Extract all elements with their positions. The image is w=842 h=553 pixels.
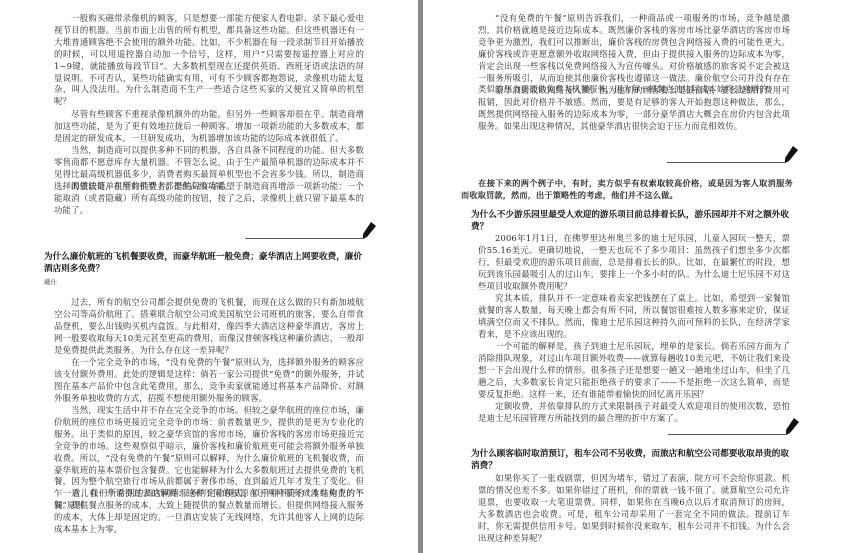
paragraph: 尽管有些顾客不重视录像机额外的功能，但另外一些顾客却很在乎。制造商增加这些功能，…	[54, 109, 364, 145]
paragraph-text: 豪华酒店收取网络接入费，因为他们的顾客要么是很富裕，要么是旅行费用可报销，因此对…	[478, 85, 790, 131]
paragraph-text: 定额收费，并依靠排队的方式来限制孩子对最受人欢迎项目的使用次数，恐怕是迪士尼乐园…	[478, 401, 790, 423]
paragraph-text: 究其本质，排队并不一定意味着卖家把钱摆在了桌上。比如，希望到一家餐馆就餐的客人数…	[478, 293, 790, 339]
paragraph: 这儿有一个说得过去的解释：这种不同的根源在于两种服务成本结构上的不同。提供餐点服…	[54, 488, 364, 536]
paragraph: 一般购买磁带录像机的顾客，只是想要一部能方便家人看电影、录下最心爱电视节目的机器…	[54, 13, 364, 108]
paragraph: “没有免费的午餐”原则告诉我们，一种商品或一项服务的市场，竞争越是激烈，其价格就…	[478, 13, 790, 96]
section-divider-line	[667, 162, 785, 163]
paragraph: 定额收费，并依靠排队的方式来限制孩子对最受人欢迎项目的使用次数，恐怕是迪士尼乐园…	[478, 401, 790, 425]
pen-icon	[785, 418, 799, 436]
pen-icon	[784, 146, 798, 164]
section-heading: 为什么顾客临时取消预订，租车公司不另收费，而旅店和航空公司都要收取昂贵的取消费？	[471, 448, 793, 472]
paragraph: 一个可能的解释是，孩子到迪士尼乐园玩，埋单的是家长。倘若乐园方面为了消除排队现象…	[478, 341, 790, 401]
paragraph: 豪华酒店收取网络接入费，因为他们的顾客要么是很富裕，要么是旅行费用可报销，因此对…	[478, 85, 790, 133]
section-heading: 为什么廉价航班的飞机餐要收费，而豪华航班一般免费；豪华酒店上网要收费，廉价酒店则…	[44, 251, 364, 275]
paragraph: 2006年1月1日，在佛罗里达州奥兰多的迪士尼乐园，儿童入园玩一整天，票价55.…	[478, 233, 790, 293]
paragraph-text: 渴望较简单机型的消费者，恐怕只有寄希望于制造商再增添一项新功能：一个能取消（或者…	[54, 181, 364, 215]
paragraph-text: 一个可能的解释是，孩子到迪士尼乐园玩，埋单的是家长。倘若乐园方面为了消除排队现象…	[478, 341, 790, 399]
section-heading: 为什么不少游乐园里最受人欢迎的游乐项目前总排着长队，游乐园却并不对之额外收费？	[471, 209, 793, 233]
pen-icon	[362, 222, 376, 240]
paragraph-text: 尽管有些顾客不重视录像机额外的功能，但另外一些顾客却很在乎。制造商增加这些功能，…	[54, 109, 364, 143]
paragraph-text: 如果你买了一张戏剧票，但因为堵车，错过了表演，院方可不会给你退款。机票的情况也差…	[478, 473, 790, 543]
section-divider-line	[668, 434, 786, 435]
paragraph-text: 过去，所有的航空公司都会提供免费的飞机餐，而现在这么做的只有新加坡航空公司等高价…	[54, 297, 364, 355]
paragraph: 渴望较简单机型的消费者，恐怕只有寄希望于制造商再增添一项新功能：一个能取消（或者…	[54, 181, 364, 217]
right-page: “没有免费的午餐”原则告诉我们，一种商品或一项服务的市场，竞争越是激烈，其价格就…	[423, 0, 842, 553]
author-name: 戴仕	[44, 277, 57, 286]
paragraph-text: 2006年1月1日，在佛罗里达州奥兰多的迪士尼乐园，儿童入园玩一整天，票价55.…	[478, 233, 790, 291]
intro-paragraph: 在接下来的两个例子中，有时，卖方似乎有权索取较高价格，或是因为客人取消服务而收取…	[461, 178, 793, 202]
intro-text: 在接下来的两个例子中，有时，卖方似乎有权索取较高价格，或是因为客人取消服务而收取…	[461, 178, 793, 200]
paragraph: 过去，所有的航空公司都会提供免费的飞机餐，而现在这么做的只有新加坡航空公司等高价…	[54, 297, 364, 357]
paragraph: 究其本质，排队并不一定意味着卖家把钱摆在了桌上。比如，希望到一家餐馆就餐的客人数…	[478, 293, 790, 341]
paragraph-text: “没有免费的午餐”原则告诉我们，一种商品或一项服务的市场，竞争越是激烈，其价格就…	[478, 13, 790, 94]
paragraph-text: 一般购买磁带录像机的顾客，只是想要一部能方便家人看电影、录下最心爱电视节目的机器…	[54, 13, 364, 106]
paragraph: 如果你买了一张戏剧票，但因为堵车，错过了表演，院方可不会给你退款。机票的情况也差…	[478, 473, 790, 544]
paragraph-text: 这儿有一个说得过去的解释：这种不同的根源在于两种服务成本结构上的不同。提供餐点服…	[54, 488, 364, 534]
section-divider-line	[245, 238, 363, 239]
paragraph-text: 在一个完全竞争的市场，“没有免费的午餐”原则认为，选择额外服务的顾客应该支付额外…	[54, 357, 364, 403]
left-page: 一般购买磁带录像机的顾客，只是想要一部能方便家人看电影、录下最心爱电视节目的机器…	[0, 0, 418, 553]
paragraph: 在一个完全竞争的市场，“没有免费的午餐”原则认为，选择额外服务的顾客应该支付额外…	[54, 357, 364, 405]
